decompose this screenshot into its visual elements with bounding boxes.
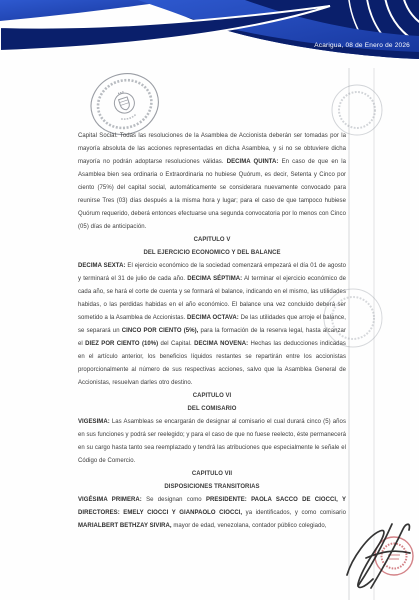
chapter7-heading: CAPITULO VII: [78, 468, 346, 481]
paragraph-capital-social: Capital Social. Todas las resoluciones d…: [78, 130, 346, 234]
header-date: Acarigua, 08 de Enero de 2026: [314, 42, 410, 49]
paragraph-comisario: VIGESIMA: Las Asambleas se encargarán de…: [78, 416, 346, 468]
chapter6-heading: CAPITULO VI: [78, 390, 346, 403]
paragraph-ejercicio-economico: DECIMA SEXTA: El ejercicio económico de …: [78, 260, 346, 390]
chapter6-subheading: DEL COMISARIO: [78, 403, 346, 416]
seal-banner-marks: [121, 114, 137, 121]
scanned-document-page: Acarigua, 08 de Enero de 2026 Capital So…: [0, 0, 419, 600]
chapter5-subheading: DEL EJERCICIO ECONOMICO Y DEL BALANCE: [78, 247, 346, 260]
header-banner-graphic: [0, 0, 419, 62]
document-text: Capital Social. Todas las resoluciones d…: [78, 130, 346, 533]
edge-partial-stamp-top: [332, 85, 382, 135]
chapter7-subheading: DISPOSICIONES TRANSITORIAS: [78, 481, 346, 494]
paragraph-disposiciones: VIGÉSIMA PRIMERA: Se designan como PRESI…: [78, 494, 346, 533]
chapter5-heading: CAPITULO V: [78, 234, 346, 247]
signature-block: [330, 516, 418, 600]
edge-partial-stamp-middle: [324, 289, 382, 347]
handwritten-signature: [347, 524, 410, 588]
